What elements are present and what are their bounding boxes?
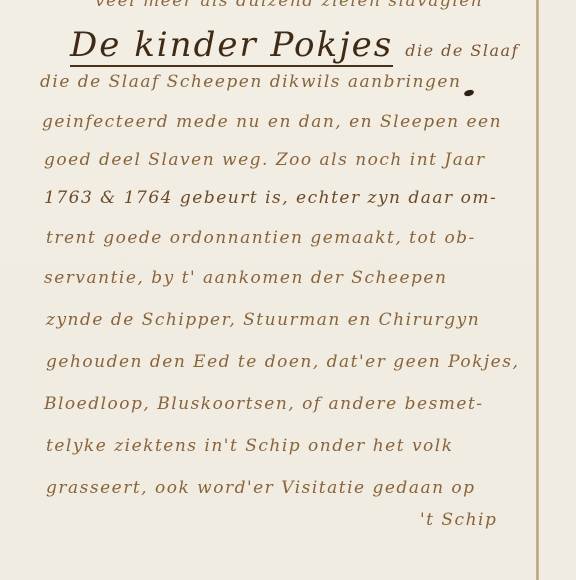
text-line-10: telyke ziektens in't Schip onder het vol… bbox=[46, 436, 454, 456]
text-line-2: geinfecteerd mede nu en dan, en Sleepen … bbox=[42, 112, 502, 132]
right-margin bbox=[539, 0, 576, 580]
text-line-6: servantie, by t' aankomen der Scheepen bbox=[44, 268, 447, 288]
text-line-3: goed deel Slaven weg. Zoo als noch int J… bbox=[44, 150, 486, 170]
closing-line: 't Schip bbox=[420, 510, 497, 530]
heading-title: De kinder Pokjes bbox=[70, 26, 393, 67]
ink-blot bbox=[463, 89, 474, 97]
text-line-8: gehouden den Eed te doen, dat'er geen Po… bbox=[46, 352, 519, 372]
heading-continuation: die de Slaaf bbox=[405, 41, 519, 60]
text-line-11: grasseert, ook word'er Visitatie gedaan … bbox=[46, 478, 476, 498]
text-line-1: die de Slaaf Scheepen dikwils aanbringen bbox=[40, 72, 461, 92]
text-line-4: 1763 & 1764 gebeurt is, echter zyn daar … bbox=[44, 188, 497, 208]
cut-top-line: veel meer als duizend zielen slavagien bbox=[95, 0, 483, 11]
text-line-7: zynde de Schipper, Stuurman en Chirurgyn bbox=[46, 310, 480, 330]
manuscript-page: veel meer als duizend zielen slavagien D… bbox=[0, 0, 576, 580]
text-line-9: Bloedloop, Bluskoortsen, of andere besme… bbox=[44, 394, 484, 414]
text-line-5: trent goede ordonnantien gemaakt, tot ob… bbox=[46, 228, 476, 248]
heading: De kinder Pokjesdie de Slaaf bbox=[70, 26, 519, 67]
